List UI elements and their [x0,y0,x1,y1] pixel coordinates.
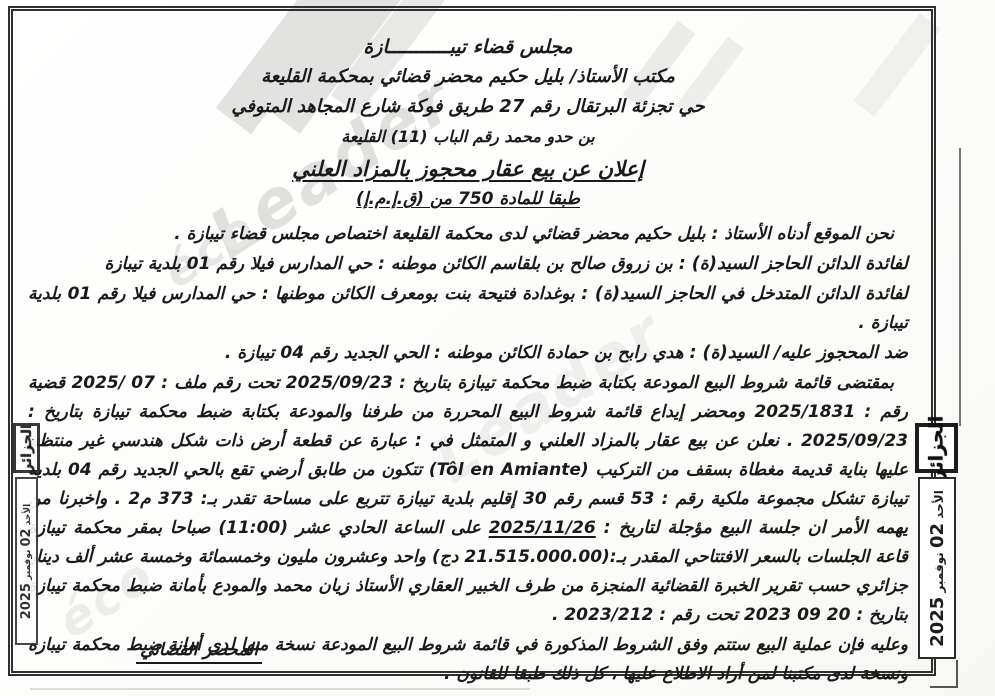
year-number: 2025 [927,596,948,646]
day-number: 02 [19,528,34,546]
office-door-line: بن حدو محمد رقم الباب (11) القليعة [28,122,908,152]
sale-announcement-lead: نعلن عن بيع عقار بالمزاد العلني و المتمث… [415,431,779,451]
weekday: الأحد [23,503,33,524]
intervening-creditor-paragraph: لفائدة الدائن المتدخل في الحاجز السيد(ة)… [28,280,908,338]
creditor-paragraph: لفائدة الدائن الحاجز السيد(ة) : بن زروق … [28,250,908,279]
ad-content: مجلس قضاء تيبـــــــــــازة مكتب الأستاذ… [28,16,908,666]
bailiff-office-line: مكتب الأستاذ/ بليل حكيم محضر قضائي بمحكم… [28,62,908,92]
column-rule [959,148,961,426]
intervening-creditor-label: لفائدة الدائن المتدخل في الحاجز السيد(ة)… [581,284,908,304]
newspaper-logo: الجزائر [915,423,958,473]
newspaper-name: الجزائر [926,416,948,481]
newspaper-date-strip: الأحد 02 نوفمبر 2025 [918,477,956,659]
debtor-label: ضد المحجوز عليه/ السيد(ة) : [689,343,908,363]
creditor-details: بن زروق صالح بن بلقاسم الكائن موطنه : حي… [105,254,673,274]
debtor-paragraph: ضد المحجوز عليه/ السيد(ة) : هدي رابح بن … [28,339,908,368]
auction-date: 2025/11/26 [489,518,596,538]
newspaper-date: الأحد 02 نوفمبر 2025 [19,503,34,618]
creditor-label: لفائدة الدائن الحاجز السيد(ة) : [679,254,908,274]
column-rule [930,686,958,688]
newspaper-logo: الجزائر [13,423,40,473]
weekday: الأحد [932,490,946,519]
bailiff-signature: المحضر القضائي [136,640,262,664]
newspaper-name: الجزائر [19,424,35,472]
year-number: 2025 [19,583,34,619]
day-number: 02 [927,522,948,547]
court-council-line: مجلس قضاء تيبـــــــــــازة [28,32,908,62]
intro-paragraph: نحن الموقع أدناه الأستاذ : بليل حكيم محض… [28,220,908,249]
month-name: نوفمبر [23,549,33,579]
column-rule [956,660,958,688]
intro-text: نحن الموقع أدناه الأستاذ : بليل حكيم محض… [174,224,894,244]
newspaper-date-strip: الأحد 02 نوفمبر 2025 [15,477,38,645]
announcement-title: إعلان عن بيع عقار محجوز بالمزاد العلني [28,154,908,184]
newspaper-date: الأحد 02 نوفمبر 2025 [927,490,948,647]
main-paragraph: بمقتضى قائمة شروط البيع المودعة بكتابة ض… [28,369,908,630]
legal-basis-line: طبقا للمادة 750 من (ق.إ.م.إ) [28,184,908,214]
office-address-line: حي تجزئة البرتقال رقم 27 طريق فوكة شارع … [28,92,908,122]
newspaper-clipping: Leader éco Leader éco مجلس قضاء تيبـــــ… [0,0,995,696]
month-name: نوفمبر [932,552,946,592]
debtor-details: هدي رابح بن حمادة الكائن موطنه : الحي ال… [225,343,684,363]
